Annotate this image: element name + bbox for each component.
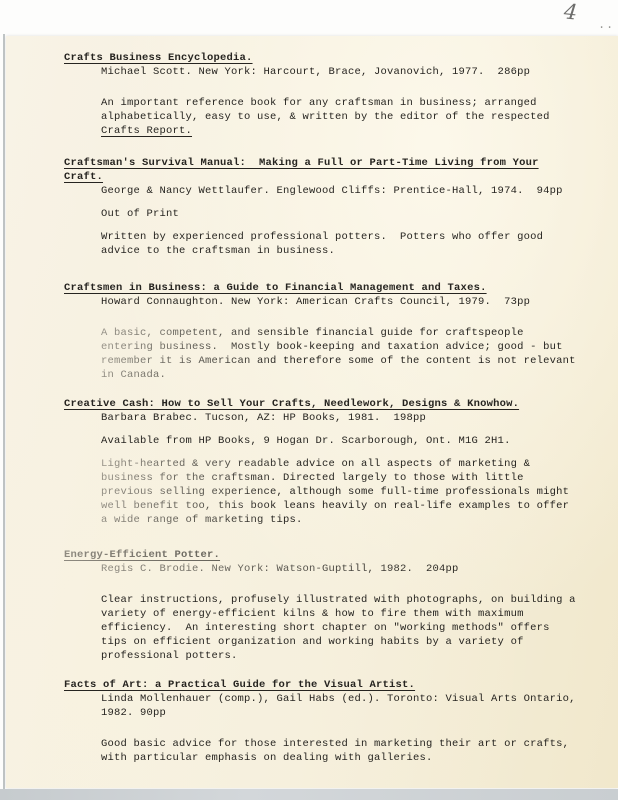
bibliography-entry: Craftsmen in Business: a Guide to Financ…: [64, 281, 594, 382]
paper-sheet: Crafts Business Encyclopedia. Michael Sc…: [6, 36, 618, 788]
book-title: Crafts Business Encyclopedia.: [64, 51, 594, 65]
bibliography-entry: Craftsman's Survival Manual: Making a Fu…: [64, 156, 594, 258]
description: An important reference book for any craf…: [101, 96, 594, 138]
description: A basic, competent, and sensible financi…: [101, 326, 594, 382]
book-title: Craftsman's Survival Manual: Making a Fu…: [64, 156, 594, 184]
description-text: An important reference book for any craf…: [101, 97, 550, 123]
bibliography-entry: Crafts Business Encyclopedia. Michael Sc…: [64, 51, 594, 138]
description-underlined-text: Crafts Report.: [101, 125, 192, 137]
scanned-document-page: Crafts Business Encyclopedia. Michael Sc…: [0, 0, 618, 800]
book-title: Facts of Art: a Practical Guide for the …: [64, 678, 594, 692]
pencil-speck: . .: [598, 18, 613, 32]
scan-edge-line: [3, 34, 5, 790]
description: Good basic advice for those interested i…: [101, 737, 594, 765]
description: Written by experienced professional pott…: [101, 230, 594, 258]
citation: Michael Scott. New York: Harcourt, Brace…: [101, 65, 594, 79]
citation: Barbara Brabec. Tucson, AZ: HP Books, 19…: [101, 411, 594, 425]
handwritten-page-number: 4: [563, 0, 579, 25]
bibliography-entry: Energy-Efficient Potter. Regis C. Brodie…: [64, 548, 594, 663]
citation: Linda Mollenhauer (comp.), Gail Habs (ed…: [101, 692, 594, 720]
book-title: Energy-Efficient Potter.: [64, 548, 594, 562]
description: Light-hearted & very readable advice on …: [101, 457, 594, 527]
bibliography-entry: Facts of Art: a Practical Guide for the …: [64, 678, 594, 765]
citation: Howard Connaughton. New York: American C…: [101, 295, 594, 309]
scan-edge-strip: [0, 789, 618, 800]
availability-note: Available from HP Books, 9 Hogan Dr. Sca…: [101, 434, 594, 448]
availability-note: Out of Print: [101, 207, 594, 221]
citation: Regis C. Brodie. New York: Watson-Guptil…: [101, 562, 594, 576]
citation: George & Nancy Wettlaufer. Englewood Cli…: [101, 184, 594, 198]
bibliography-entry: Creative Cash: How to Sell Your Crafts, …: [64, 397, 594, 527]
book-title: Craftsmen in Business: a Guide to Financ…: [64, 281, 594, 295]
book-title: Creative Cash: How to Sell Your Crafts, …: [64, 397, 594, 411]
description: Clear instructions, profusely illustrate…: [101, 593, 594, 663]
